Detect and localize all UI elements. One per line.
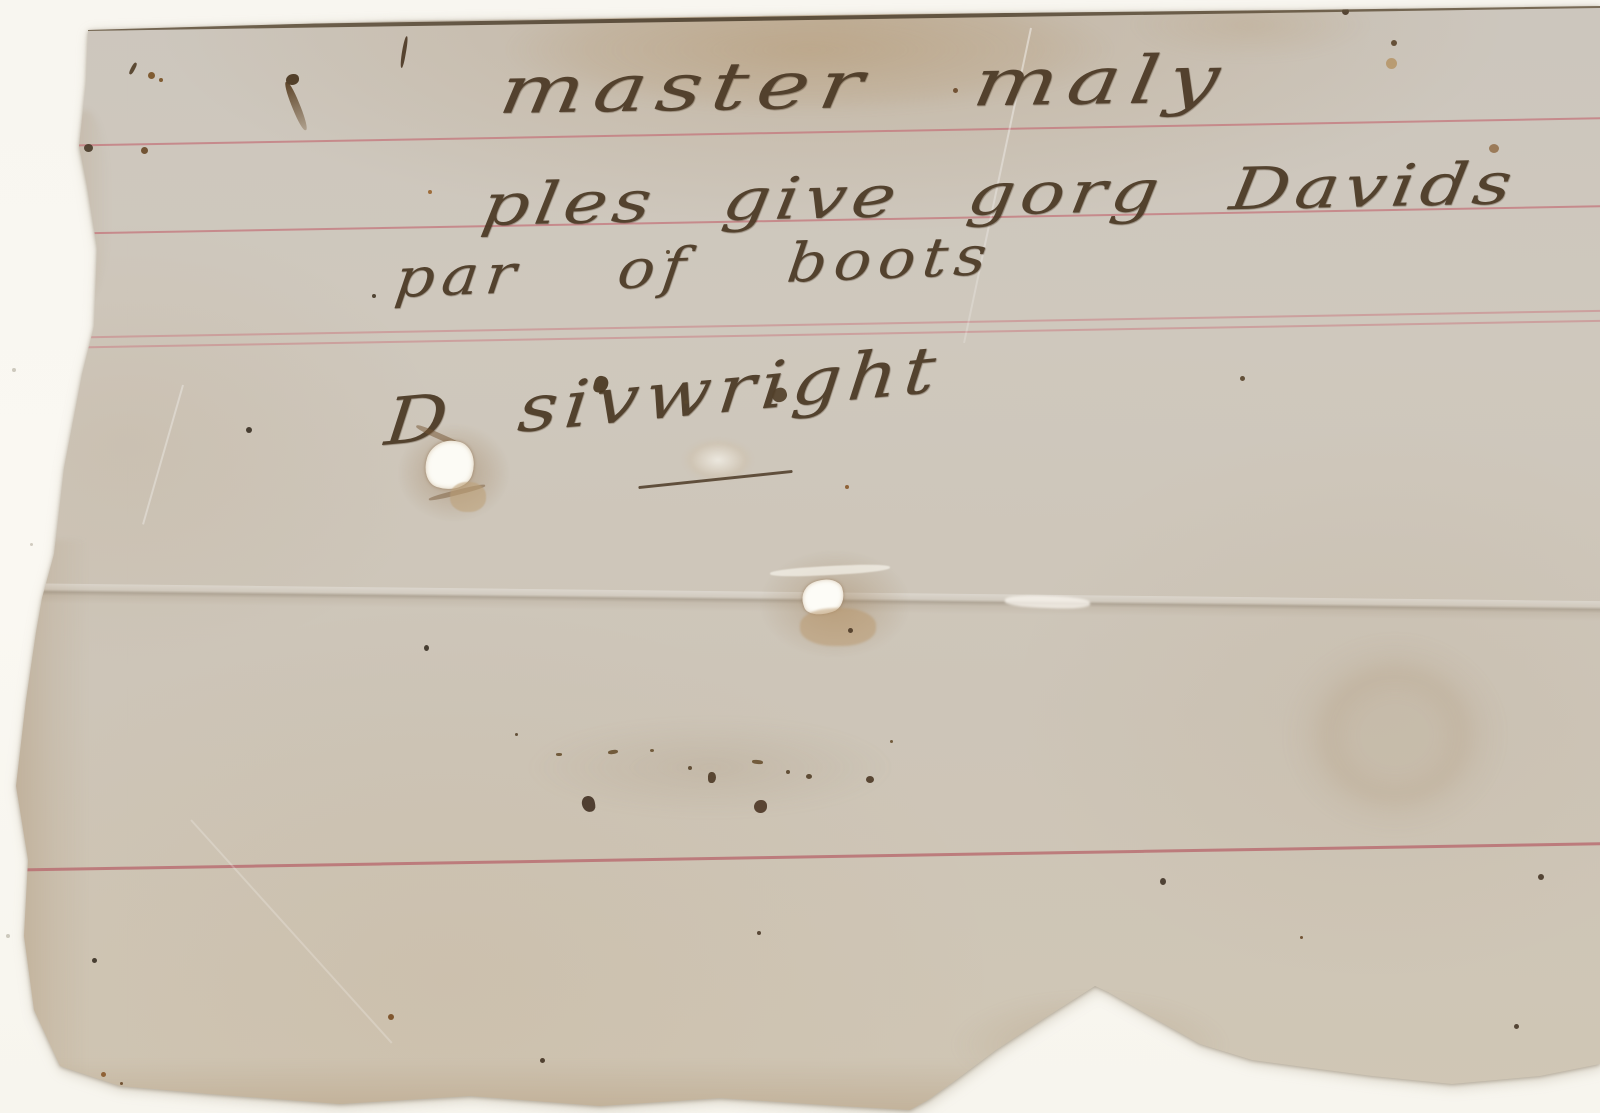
hole-torn-flap	[800, 608, 876, 646]
paper-speck	[101, 1072, 106, 1077]
paper-speck	[92, 958, 97, 963]
paper-speck	[141, 147, 148, 154]
paper-speck	[708, 772, 716, 783]
paper-speck	[1391, 40, 1397, 46]
apostrophe-mark	[399, 36, 408, 68]
paper-speck	[684, 400, 688, 404]
fold-highlight-chip	[1005, 595, 1090, 610]
smudge-band	[495, 710, 925, 825]
paper-speck	[786, 770, 790, 774]
tear-hole-2	[760, 550, 910, 658]
paper-speck	[752, 759, 763, 764]
paper-speck	[246, 427, 252, 433]
scanned-document: master maly ples give gorg Davids par of…	[0, 0, 1600, 1113]
paper-top-edge-line	[84, 4, 1600, 31]
paper-speck	[540, 1058, 545, 1063]
paper-speck	[428, 190, 432, 194]
paper-speck	[666, 250, 670, 254]
paper-fragment-wrap: master maly ples give gorg Davids par of…	[0, 0, 1600, 1113]
paper-speck	[688, 766, 692, 770]
paper-speck	[1489, 144, 1499, 153]
paper-speck	[1300, 936, 1303, 939]
paper-speck	[424, 645, 429, 651]
paper-speck	[890, 740, 893, 743]
diagonal-crease	[190, 819, 392, 1043]
paper-speck	[845, 485, 849, 489]
paper-speck	[556, 753, 562, 756]
paper-speck	[120, 1082, 123, 1085]
paper-speck	[848, 628, 853, 633]
paper-speck	[30, 1054, 34, 1058]
paper-speck	[866, 776, 874, 783]
punch-hole-1	[398, 424, 510, 522]
torn-edge-tint	[60, 110, 110, 300]
ink-flick-mark	[283, 80, 310, 131]
paper-speck	[159, 78, 163, 82]
paper-speck	[953, 88, 958, 93]
paper-fragment: master maly ples give gorg Davids par of…	[0, 0, 1600, 1113]
diagonal-crease	[142, 385, 184, 525]
handwriting-line-2: ples give gorg Davids	[478, 154, 1521, 234]
paper-speck	[84, 144, 93, 152]
paper-speck	[1538, 874, 1544, 880]
ruled-line-4	[0, 842, 1600, 872]
ink-flick-head	[286, 74, 299, 85]
paper-speck	[608, 749, 618, 754]
tick-mark	[128, 62, 138, 75]
paper-speck	[1386, 58, 1397, 69]
paper-speck	[283, 1100, 289, 1104]
torn-edge-tint	[8, 540, 88, 1113]
fingerprint-smudge	[1285, 635, 1505, 835]
bottom-edge-tint	[0, 1040, 980, 1113]
ink-blot	[754, 800, 767, 813]
handwriting-line-1: master maly	[495, 46, 1233, 124]
paper-speck	[1342, 8, 1349, 15]
paper-speck	[1240, 376, 1245, 381]
ink-blot	[581, 795, 597, 813]
paper-speck	[148, 72, 155, 79]
bottom-right-edge-tint	[905, 975, 1275, 1113]
paper-speck	[388, 1014, 394, 1020]
paper-speck	[1514, 1024, 1519, 1029]
paper-speck	[650, 749, 654, 752]
hole-torn-flap	[450, 482, 486, 512]
handwriting-line-3: par of boots	[392, 229, 996, 306]
signature-underline-flourish	[638, 470, 792, 489]
paper-speck	[372, 294, 376, 298]
paper-speck	[806, 774, 812, 779]
paper-speck	[1160, 878, 1166, 885]
paper-speck	[515, 733, 518, 736]
paper-speck	[757, 931, 761, 935]
